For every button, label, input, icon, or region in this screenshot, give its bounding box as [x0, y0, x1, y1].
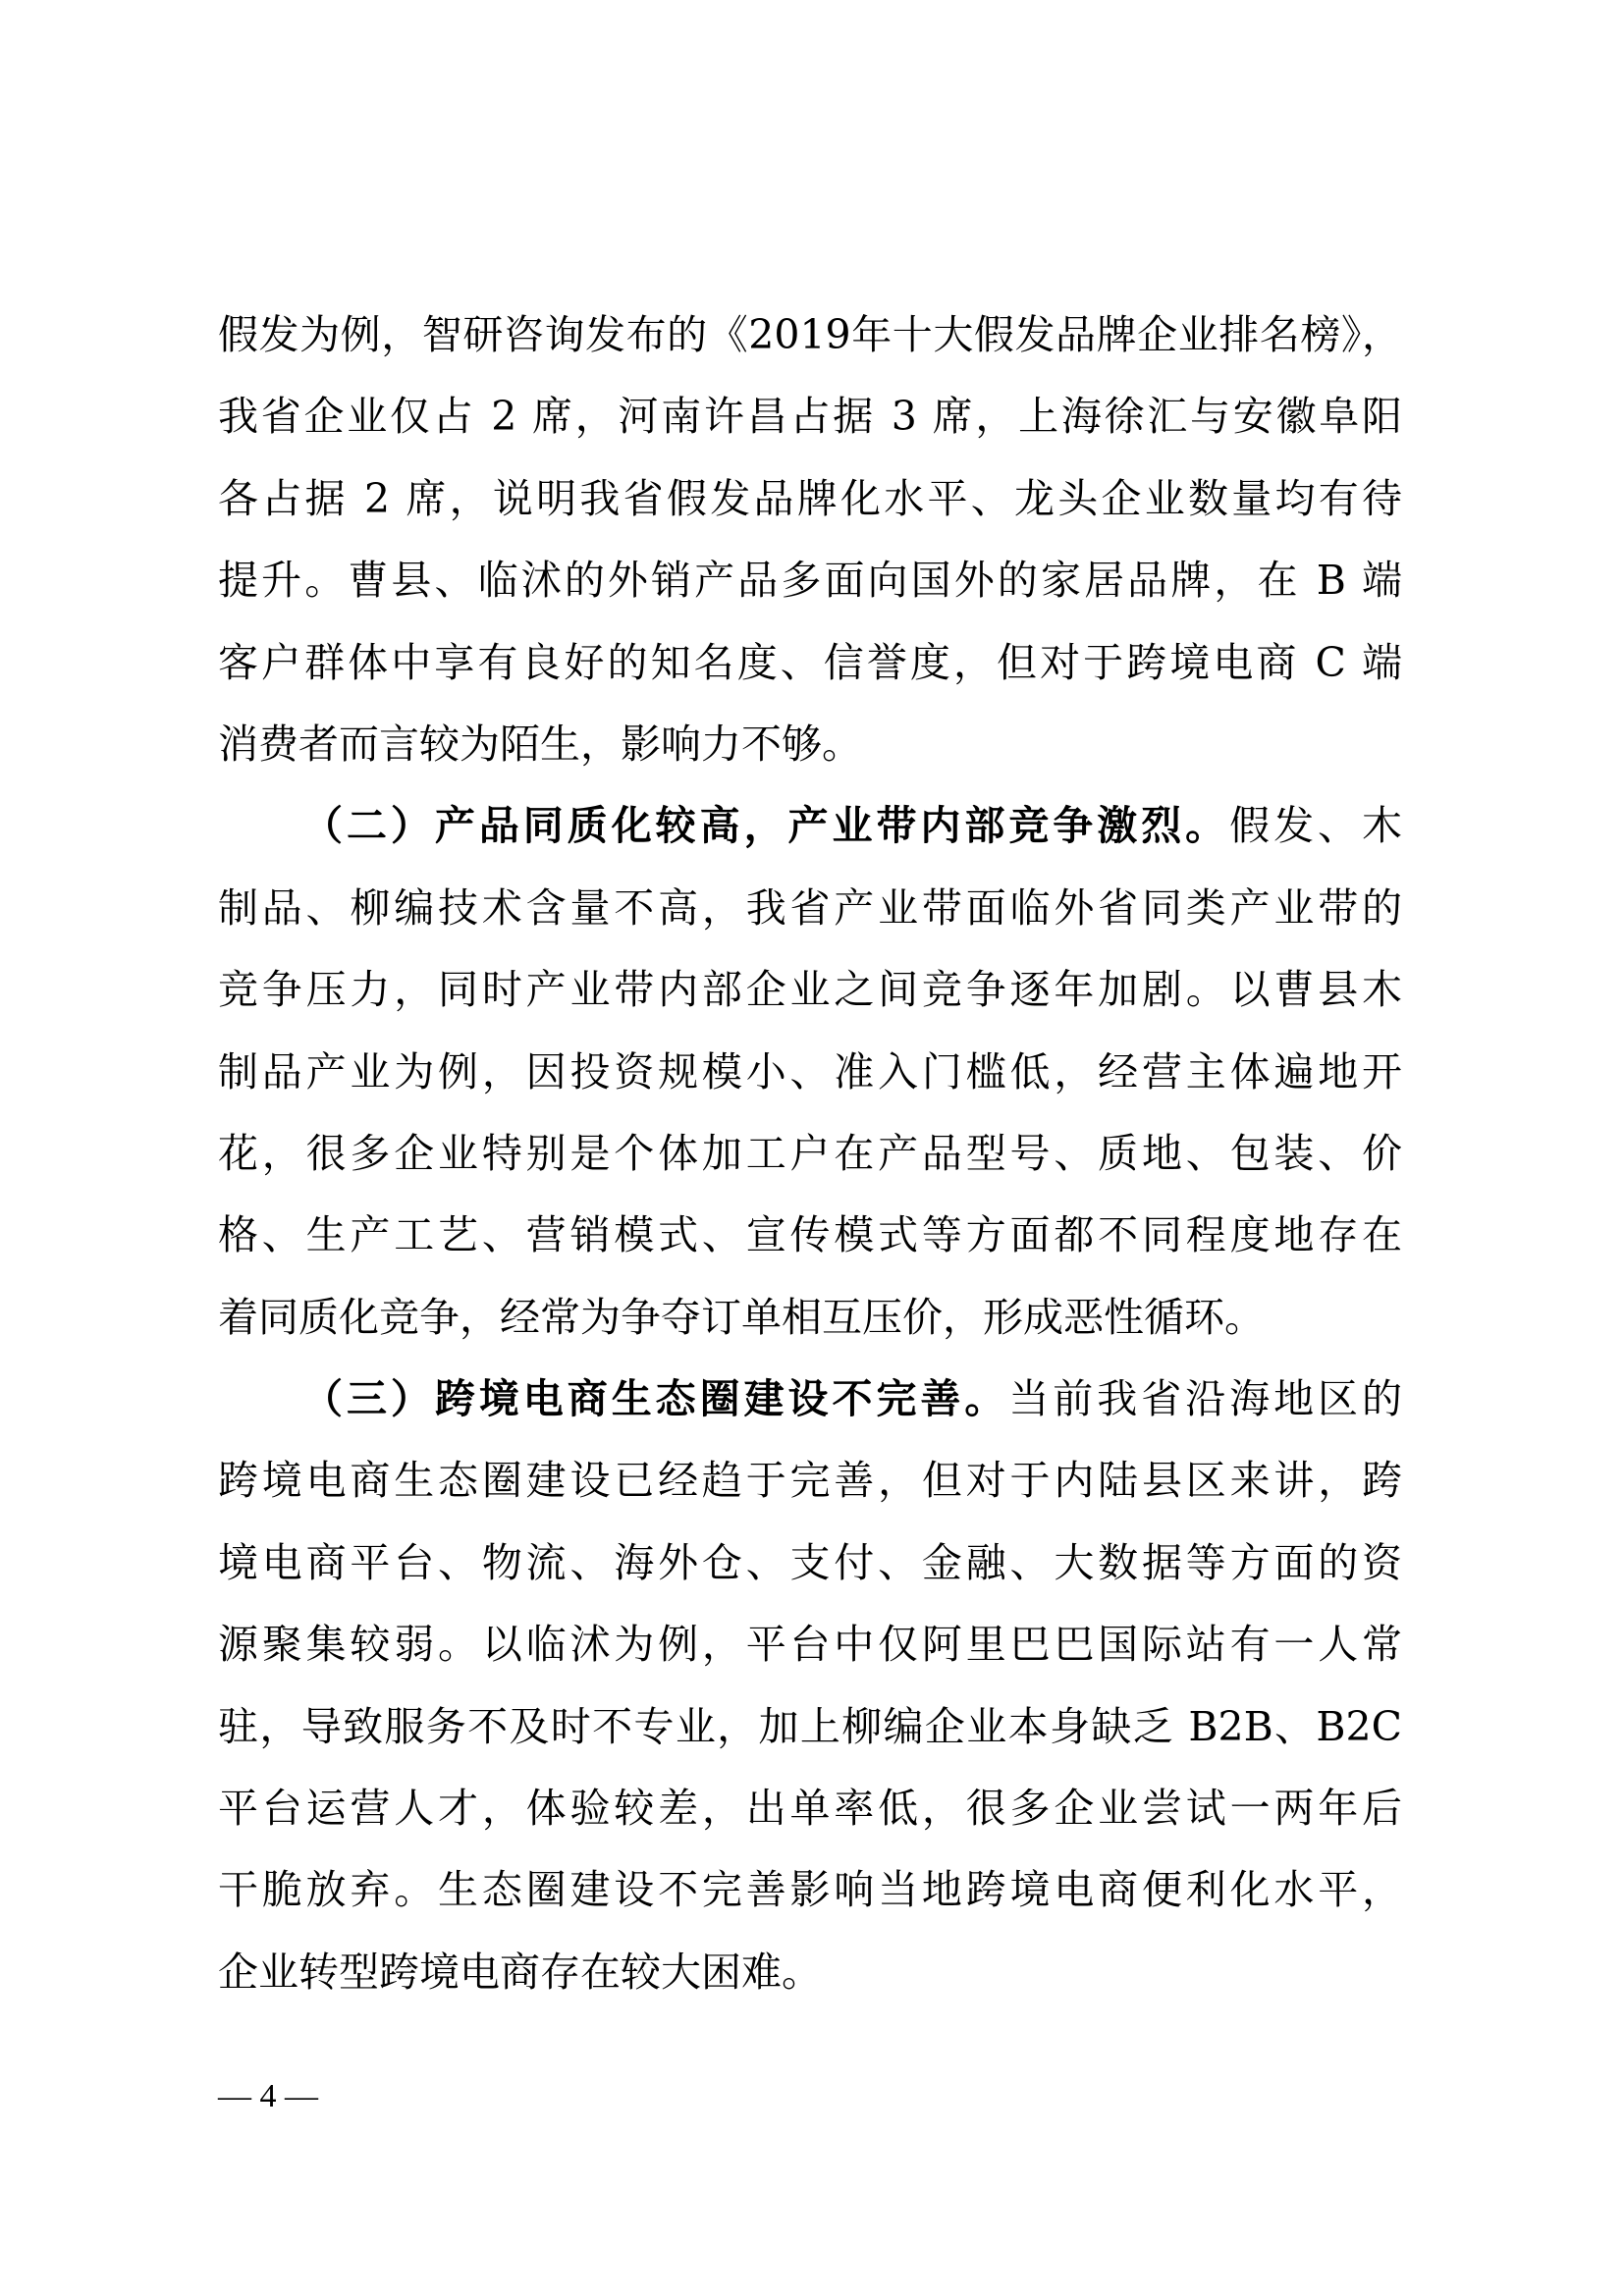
section-heading-3: （三）跨境电商生态圈建设不完善。 — [302, 1375, 1008, 1422]
text-line: 各占据 2 席，说明我省假发品牌化水平、龙头企业数量均有待 — [218, 458, 1402, 540]
document-body: 假发为例，智研咨询发布的《2019年十大假发品牌企业排名榜》， 我省企业仅占 2… — [218, 294, 1402, 2013]
text-line: 着同质化竞争，经常为争夺订单相互压价，形成恶性循环。 — [218, 1277, 1402, 1359]
text-line: 客户群体中享有良好的知名度、信誉度，但对于跨境电商 C 端 — [218, 622, 1402, 704]
paragraph-first-line: （二）产品同质化较高，产业带内部竞争激烈。假发、木 — [218, 785, 1402, 867]
text-line: 源聚集较弱。以临沭为例，平台中仅阿里巴巴国际站有一人常 — [218, 1604, 1402, 1685]
text-line: 格、生产工艺、营销模式、宣传模式等方面都不同程度地存在 — [218, 1195, 1402, 1276]
document-page: 假发为例，智研咨询发布的《2019年十大假发品牌企业排名榜》， 我省企业仅占 2… — [0, 0, 1624, 2296]
text-line: 花，很多企业特别是个体加工户在产品型号、质地、包装、价 — [218, 1113, 1402, 1195]
text-run: 假发、木 — [1229, 802, 1402, 849]
text-line: 假发为例，智研咨询发布的《2019年十大假发品牌企业排名榜》， — [218, 294, 1402, 376]
paragraph-brand-continuation: 假发为例，智研咨询发布的《2019年十大假发品牌企业排名榜》， 我省企业仅占 2… — [218, 294, 1402, 785]
paragraph-homogeneity: （二）产品同质化较高，产业带内部竞争激烈。假发、木 制品、柳编技术含量不高，我省… — [218, 785, 1402, 1359]
text-line: 干脆放弃。生态圈建设不完善影响当地跨境电商便利化水平， — [218, 1849, 1402, 1931]
text-line: 消费者而言较为陌生，影响力不够。 — [218, 704, 1402, 785]
text-line: 竞争压力，同时产业带内部企业之间竞争逐年加剧。以曹县木 — [218, 949, 1402, 1031]
text-line: 我省企业仅占 2 席，河南许昌占据 3 席，上海徐汇与安徽阜阳 — [218, 376, 1402, 457]
text-line: 企业转型跨境电商存在较大困难。 — [218, 1932, 1402, 2013]
text-line: 提升。曹县、临沭的外销产品多面向国外的家居品牌，在 B 端 — [218, 540, 1402, 621]
section-heading-2: （二）产品同质化较高，产业带内部竞争激烈。 — [302, 802, 1229, 849]
text-line: 境电商平台、物流、海外仓、支付、金融、大数据等方面的资 — [218, 1522, 1402, 1604]
text-line: 制品、柳编技术含量不高，我省产业带面临外省同类产业带的 — [218, 868, 1402, 949]
text-run: 当前我省沿海地区的 — [1008, 1375, 1402, 1422]
paragraph-ecosystem: （三）跨境电商生态圈建设不完善。当前我省沿海地区的 跨境电商生态圈建设已经趋于完… — [218, 1359, 1402, 2013]
text-line: 平台运营人才，体验较差，出单率低，很多企业尝试一两年后 — [218, 1768, 1402, 1849]
text-line: 制品产业为例，因投资规模小、准入门槛低，经营主体遍地开 — [218, 1032, 1402, 1113]
page-number: — 4 — — [218, 2073, 318, 2120]
paragraph-first-line: （三）跨境电商生态圈建设不完善。当前我省沿海地区的 — [218, 1359, 1402, 1440]
text-line: 驻，导致服务不及时不专业，加上柳编企业本身缺乏 B2B、B2C — [218, 1686, 1402, 1768]
text-line: 跨境电商生态圈建设已经趋于完善，但对于内陆县区来讲，跨 — [218, 1440, 1402, 1522]
